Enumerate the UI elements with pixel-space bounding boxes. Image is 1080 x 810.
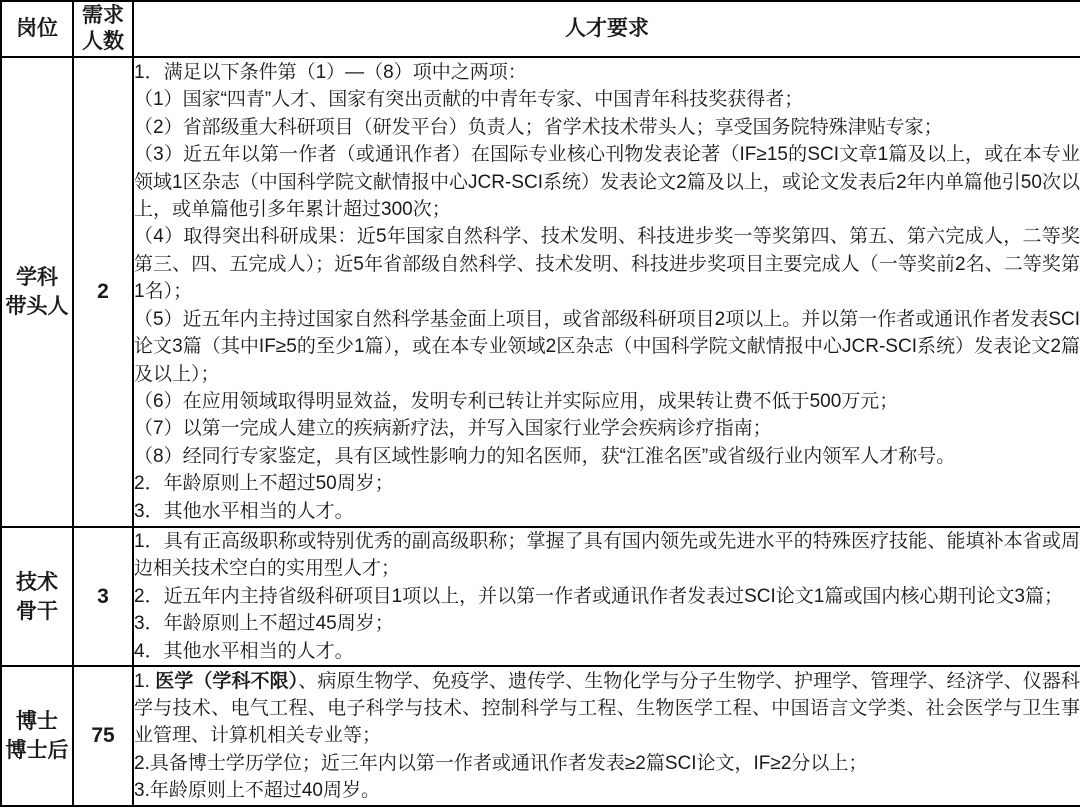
position-cell-technical-backbone: 技术 骨干 [1,527,73,666]
header-demand-label-line2: 人数 [74,29,132,55]
table-row-technical-backbone: 技术 骨干 3 1．具有正高级职称或特别优秀的副高级职称；掌握了具有国内领先或先… [1,527,1080,666]
position-name-line2: 博士后 [2,736,72,765]
requirement-line: （7）以第一完成人建立的疾病新疗法，并写入国家行业学会疾病诊疗指南； [134,415,1080,442]
position-name-line1: 博士 [2,707,72,736]
requirement-line: 2.具备博士学历学位；近三年内以第一作者或通讯作者发表≥2篇SCI论文，IF≥2… [134,750,1080,777]
requirement-line: （6）在应用领域取得明显效益，发明专利已转让并实际应用，成果转让费不低于500万… [134,388,1080,415]
requirement-line: 2．年龄原则上不超过50周岁； [134,470,1080,497]
requirement-bold-segment: 医学（学科不限） [155,671,298,692]
position-name-line2: 带头人 [2,292,72,321]
position-cell-doctor-postdoctor: 博士 博士后 [1,666,73,806]
count-cell-doctor-postdoctor: 75 [73,666,133,806]
demand-count-value: 2 [97,280,109,303]
position-name-line2: 骨干 [2,597,72,626]
header-cell-demand-count: 需求 人数 [73,1,133,57]
demand-count-value: 3 [97,585,109,608]
header-demand-label-line1: 需求 [74,3,132,29]
requirement-line: （8）经同行专家鉴定，具有区域性影响力的知名医师，获“江淮名医”或省级行业内领军… [134,443,1080,470]
requirement-line: （1）国家“四青”人才、国家有突出贡献的中青年专家、中国青年科技奖获得者； [134,86,1080,113]
header-requirements-label: 人才要求 [565,17,649,40]
requirement-line: 3.年龄原则上不超过40周岁。 [134,777,1080,804]
requirement-line: 1. 医学（学科不限）、病原生物学、免疫学、遗传学、生物化学与分子生物学、护理学… [134,668,1080,750]
header-cell-position: 岗位 [1,1,73,57]
demand-count-value: 75 [91,724,114,747]
recruitment-requirements-table: 岗位 需求 人数 人才要求 学科 带头人 2 1．满足以下条件第（1）—（8）项… [0,0,1080,807]
position-cell-discipline-leader: 学科 带头人 [1,57,73,527]
requirement-line: （2）省部级重大科研项目（研发平台）负责人；省学术技术带头人；享受国务院特殊津贴… [134,114,1080,141]
requirements-cell-discipline-leader: 1．满足以下条件第（1）—（8）项中之两项： （1）国家“四青”人才、国家有突出… [133,57,1080,527]
requirement-line: （5）近五年内主持过国家自然科学基金面上项目，或省部级科研项目2项以上。并以第一… [134,306,1080,388]
header-cell-requirements: 人才要求 [133,1,1080,57]
requirement-line: （4）取得突出科研成果：近5年国家自然科学、技术发明、科技进步奖一等奖第四、第五… [134,223,1080,305]
table-header-row: 岗位 需求 人数 人才要求 [1,1,1080,57]
requirement-line: 3．年龄原则上不超过45周岁； [134,610,1080,637]
requirement-line: 1．具有正高级职称或特别优秀的副高级职称；掌握了具有国内领先或先进水平的特殊医疗… [134,528,1080,583]
count-cell-discipline-leader: 2 [73,57,133,527]
requirement-line: （3）近五年以第一作者（或通讯作者）在国际专业核心刊物发表论著（IF≥15的SC… [134,141,1080,223]
requirements-cell-technical-backbone: 1．具有正高级职称或特别优秀的副高级职称；掌握了具有国内领先或先进水平的特殊医疗… [133,527,1080,666]
table-row-discipline-leader: 学科 带头人 2 1．满足以下条件第（1）—（8）项中之两项： （1）国家“四青… [1,57,1080,527]
requirement-line: 3．其他水平相当的人才。 [134,498,1080,525]
requirement-line: 2．近五年内主持省级科研项目1项以上，并以第一作者或通讯作者发表过SCI论文1篇… [134,583,1080,610]
requirements-cell-doctor-postdoctor: 1. 医学（学科不限）、病原生物学、免疫学、遗传学、生物化学与分子生物学、护理学… [133,666,1080,806]
requirement-line: 4．其他水平相当的人才。 [134,638,1080,665]
count-cell-technical-backbone: 3 [73,527,133,666]
position-name-line1: 技术 [2,568,72,597]
requirement-number-prefix: 1. [134,671,155,692]
position-name-line1: 学科 [2,263,72,292]
requirement-line: 1．满足以下条件第（1）—（8）项中之两项： [134,59,1080,86]
table-row-doctor-postdoctor: 博士 博士后 75 1. 医学（学科不限）、病原生物学、免疫学、遗传学、生物化学… [1,666,1080,806]
header-position-label: 岗位 [16,17,58,40]
